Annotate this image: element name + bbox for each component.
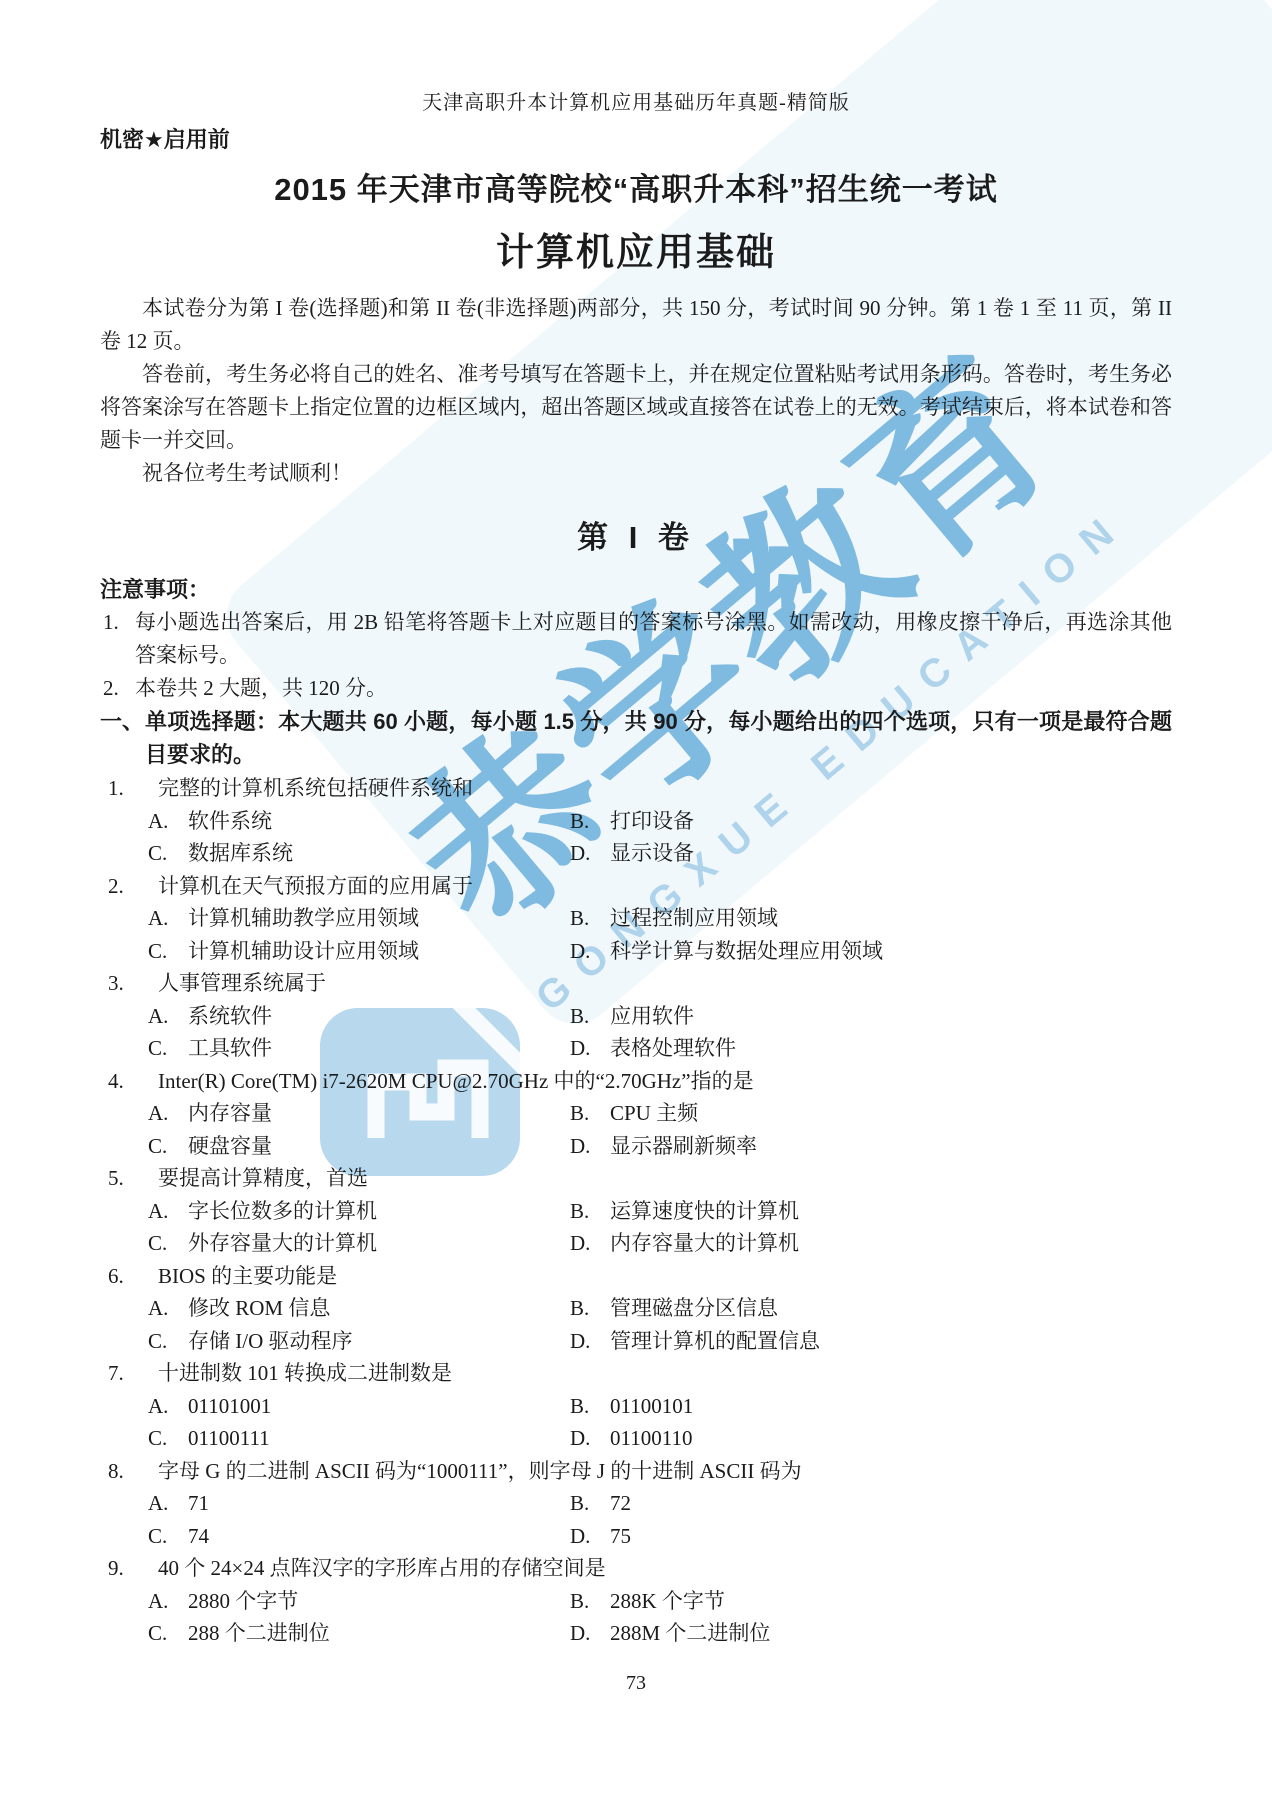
- option-text: 288 个二进制位: [188, 1617, 330, 1650]
- option-d: D.75: [570, 1520, 1172, 1553]
- notice-item: 2. 本卷共 2 大题，共 120 分。: [100, 672, 1172, 705]
- option-text: 数据库系统: [188, 837, 293, 870]
- option-text: 2880 个字节: [188, 1585, 298, 1618]
- notice-text: 本卷共 2 大题，共 120 分。: [135, 672, 1172, 705]
- option-text: 字长位数多的计算机: [188, 1195, 377, 1228]
- option-a: A.71: [148, 1487, 570, 1520]
- intro-wish-line: 祝各位考生考试顺利！: [100, 457, 1172, 490]
- option-b: B.288K 个字节: [570, 1585, 1172, 1618]
- option-label: B.: [570, 902, 610, 935]
- option-text: 表格处理软件: [610, 1032, 736, 1065]
- option-text: 01101001: [188, 1390, 271, 1423]
- option-text: 显示设备: [610, 837, 694, 870]
- questions: 1. 完整的计算机系统包括硬件系统和 A.软件系统 B.打印设备 C.数据库系统…: [100, 772, 1172, 1650]
- option-text: 74: [188, 1520, 209, 1553]
- question-stem: 计算机在天气预报方面的应用属于: [158, 870, 1172, 903]
- exam-intro: 本试卷分为第 I 卷(选择题)和第 II 卷(非选择题)两部分，共 150 分，…: [100, 292, 1172, 490]
- option-d: D.01100110: [570, 1422, 1172, 1455]
- option-text: 应用软件: [610, 1000, 694, 1033]
- option-label: B.: [570, 1000, 610, 1033]
- question-options: A.修改 ROM 信息 B.管理磁盘分区信息 C.存储 I/O 驱动程序 D.管…: [148, 1292, 1172, 1357]
- option-text: 管理磁盘分区信息: [610, 1292, 778, 1325]
- question-item: 9. 40 个 24×24 点阵汉字的字形库占用的存储空间是 A.2880 个字…: [100, 1552, 1172, 1650]
- question-stem: 40 个 24×24 点阵汉字的字形库占用的存储空间是: [158, 1552, 1172, 1585]
- option-text: 外存容量大的计算机: [188, 1227, 377, 1260]
- option-text: 71: [188, 1487, 209, 1520]
- option-b: B.01100101: [570, 1390, 1172, 1423]
- question-stem-row: 3. 人事管理系统属于: [100, 967, 1172, 1000]
- option-label: A.: [148, 805, 188, 838]
- question-number: 7.: [100, 1357, 158, 1390]
- option-text: 存储 I/O 驱动程序: [188, 1325, 353, 1358]
- option-b: B.运算速度快的计算机: [570, 1195, 1172, 1228]
- question-item: 1. 完整的计算机系统包括硬件系统和 A.软件系统 B.打印设备 C.数据库系统…: [100, 772, 1172, 870]
- option-label: A.: [148, 1292, 188, 1325]
- option-label: D.: [570, 1325, 610, 1358]
- option-text: 75: [610, 1520, 631, 1553]
- option-label: A.: [148, 1097, 188, 1130]
- part-one-title: 第 I 卷: [100, 512, 1172, 557]
- option-label: A.: [148, 1390, 188, 1423]
- question-number: 3.: [100, 967, 158, 1000]
- option-label: D.: [570, 1422, 610, 1455]
- question-stem: 要提高计算精度，首选: [158, 1162, 1172, 1195]
- option-c: C.74: [148, 1520, 570, 1553]
- option-label: B.: [570, 1487, 610, 1520]
- question-stem-row: 4. Inter(R) Core(TM) i7-2620M CPU@2.70GH…: [100, 1065, 1172, 1098]
- question-number: 9.: [100, 1552, 158, 1585]
- question-number: 4.: [100, 1065, 158, 1098]
- option-a: A.字长位数多的计算机: [148, 1195, 570, 1228]
- option-label: D.: [570, 1520, 610, 1553]
- question-stem: 十进制数 101 转换成二进制数是: [158, 1357, 1172, 1390]
- exam-page: 恭学教育 GONGXUE EDUCATION 天津高职升本计算机应用基础历年真题…: [0, 0, 1272, 1800]
- option-label: D.: [570, 837, 610, 870]
- option-label: C.: [148, 1227, 188, 1260]
- option-label: C.: [148, 1032, 188, 1065]
- question-number: 5.: [100, 1162, 158, 1195]
- question-options: A.内存容量 B.CPU 主频 C.硬盘容量 D.显示器刷新频率: [148, 1097, 1172, 1162]
- notice-item: 1. 每小题选出答案后，用 2B 铅笔将答题卡上对应题目的答案标号涂黑。如需改动…: [100, 606, 1172, 672]
- option-text: 01100111: [188, 1422, 270, 1455]
- question-stem-row: 5. 要提高计算精度，首选: [100, 1162, 1172, 1195]
- secrecy-label: 机密★启用前: [100, 123, 1172, 154]
- option-text: 管理计算机的配置信息: [610, 1325, 820, 1358]
- section-number: 一、: [100, 705, 145, 771]
- section-heading-text: 单项选择题：本大题共 60 小题，每小题 1.5 分，共 90 分，每小题给出的…: [145, 705, 1172, 771]
- option-text: 科学计算与数据处理应用领域: [610, 935, 883, 968]
- question-stem-row: 6. BIOS 的主要功能是: [100, 1260, 1172, 1293]
- option-d: D.288M 个二进制位: [570, 1617, 1172, 1650]
- question-item: 2. 计算机在天气预报方面的应用属于 A.计算机辅助教学应用领域 B.过程控制应…: [100, 870, 1172, 968]
- question-stem: Inter(R) Core(TM) i7-2620M CPU@2.70GHz 中…: [158, 1065, 1172, 1098]
- option-c: C.01100111: [148, 1422, 570, 1455]
- question-item: 3. 人事管理系统属于 A.系统软件 B.应用软件 C.工具软件 D.表格处理软…: [100, 967, 1172, 1065]
- option-text: 288M 个二进制位: [610, 1617, 770, 1650]
- option-d: D.显示器刷新频率: [570, 1130, 1172, 1163]
- option-text: 过程控制应用领域: [610, 902, 778, 935]
- question-number: 8.: [100, 1455, 158, 1488]
- option-label: A.: [148, 1000, 188, 1033]
- question-stem-row: 7. 十进制数 101 转换成二进制数是: [100, 1357, 1172, 1390]
- question-stem-row: 8. 字母 G 的二进制 ASCII 码为“1000111”，则字母 J 的十进…: [100, 1455, 1172, 1488]
- option-a: A.计算机辅助教学应用领域: [148, 902, 570, 935]
- option-a: A.内存容量: [148, 1097, 570, 1130]
- option-label: C.: [148, 935, 188, 968]
- option-d: D.显示设备: [570, 837, 1172, 870]
- option-label: C.: [148, 1617, 188, 1650]
- question-stem: 完整的计算机系统包括硬件系统和: [158, 772, 1172, 805]
- option-c: C.硬盘容量: [148, 1130, 570, 1163]
- option-label: D.: [570, 1032, 610, 1065]
- option-text: 72: [610, 1487, 631, 1520]
- option-text: 工具软件: [188, 1032, 272, 1065]
- option-text: 01100110: [610, 1422, 692, 1455]
- option-a: A.软件系统: [148, 805, 570, 838]
- question-stem: 人事管理系统属于: [158, 967, 1172, 1000]
- option-d: D.表格处理软件: [570, 1032, 1172, 1065]
- option-c: C.外存容量大的计算机: [148, 1227, 570, 1260]
- notice-text: 每小题选出答案后，用 2B 铅笔将答题卡上对应题目的答案标号涂黑。如需改动，用橡…: [135, 606, 1172, 672]
- question-number: 6.: [100, 1260, 158, 1293]
- option-label: A.: [148, 1195, 188, 1228]
- option-label: D.: [570, 935, 610, 968]
- option-d: D.科学计算与数据处理应用领域: [570, 935, 1172, 968]
- option-label: B.: [570, 1390, 610, 1423]
- exam-title: 2015 年天津市高等院校“高职升本科”招生统一考试: [100, 164, 1172, 209]
- question-stem-row: 2. 计算机在天气预报方面的应用属于: [100, 870, 1172, 903]
- option-c: C.数据库系统: [148, 837, 570, 870]
- option-a: A.修改 ROM 信息: [148, 1292, 570, 1325]
- option-text: 内存容量大的计算机: [610, 1227, 799, 1260]
- option-label: B.: [570, 1097, 610, 1130]
- option-label: A.: [148, 902, 188, 935]
- option-text: 内存容量: [188, 1097, 272, 1130]
- option-text: 计算机辅助设计应用领域: [188, 935, 419, 968]
- option-label: A.: [148, 1585, 188, 1618]
- question-item: 6. BIOS 的主要功能是 A.修改 ROM 信息 B.管理磁盘分区信息 C.…: [100, 1260, 1172, 1358]
- question-options: A.系统软件 B.应用软件 C.工具软件 D.表格处理软件: [148, 1000, 1172, 1065]
- question-options: A.01101001 B.01100101 C.01100111 D.01100…: [148, 1390, 1172, 1455]
- option-d: D.管理计算机的配置信息: [570, 1325, 1172, 1358]
- option-text: 运算速度快的计算机: [610, 1195, 799, 1228]
- option-b: B.管理磁盘分区信息: [570, 1292, 1172, 1325]
- notice-number: 1.: [100, 606, 135, 672]
- question-number: 2.: [100, 870, 158, 903]
- option-text: 软件系统: [188, 805, 272, 838]
- question-stem-row: 9. 40 个 24×24 点阵汉字的字形库占用的存储空间是: [100, 1552, 1172, 1585]
- option-c: C.工具软件: [148, 1032, 570, 1065]
- question-stem-row: 1. 完整的计算机系统包括硬件系统和: [100, 772, 1172, 805]
- option-text: 硬盘容量: [188, 1130, 272, 1163]
- section-one-heading: 一、 单项选择题：本大题共 60 小题，每小题 1.5 分，共 90 分，每小题…: [100, 705, 1172, 771]
- page-content: 天津高职升本计算机应用基础历年真题-精简版 机密★启用前 2015 年天津市高等…: [0, 0, 1272, 1650]
- notice-title: 注意事项：: [100, 573, 1172, 606]
- option-label: B.: [570, 1195, 610, 1228]
- option-text: 计算机辅助教学应用领域: [188, 902, 419, 935]
- option-label: A.: [148, 1487, 188, 1520]
- option-text: 288K 个字节: [610, 1585, 725, 1618]
- option-d: D.内存容量大的计算机: [570, 1227, 1172, 1260]
- question-options: A.计算机辅助教学应用领域 B.过程控制应用领域 C.计算机辅助设计应用领域 D…: [148, 902, 1172, 967]
- notice-number: 2.: [100, 672, 135, 705]
- document-header: 天津高职升本计算机应用基础历年真题-精简版: [100, 0, 1172, 115]
- option-a: A.01101001: [148, 1390, 570, 1423]
- option-label: B.: [570, 1292, 610, 1325]
- question-options: A.2880 个字节 B.288K 个字节 C.288 个二进制位 D.288M…: [148, 1585, 1172, 1650]
- option-label: B.: [570, 805, 610, 838]
- option-b: B.应用软件: [570, 1000, 1172, 1033]
- option-label: C.: [148, 1325, 188, 1358]
- option-text: 显示器刷新频率: [610, 1130, 757, 1163]
- option-text: 打印设备: [610, 805, 694, 838]
- option-label: B.: [570, 1585, 610, 1618]
- question-item: 7. 十进制数 101 转换成二进制数是 A.01101001 B.011001…: [100, 1357, 1172, 1455]
- intro-paragraph: 本试卷分为第 I 卷(选择题)和第 II 卷(非选择题)两部分，共 150 分，…: [100, 292, 1172, 358]
- option-c: C.288 个二进制位: [148, 1617, 570, 1650]
- option-a: A.2880 个字节: [148, 1585, 570, 1618]
- option-c: C.存储 I/O 驱动程序: [148, 1325, 570, 1358]
- option-text: CPU 主频: [610, 1097, 698, 1130]
- option-b: B.CPU 主频: [570, 1097, 1172, 1130]
- option-c: C.计算机辅助设计应用领域: [148, 935, 570, 968]
- option-label: C.: [148, 1422, 188, 1455]
- option-text: 系统软件: [188, 1000, 272, 1033]
- exam-subject-title: 计算机应用基础: [100, 221, 1172, 276]
- question-stem: 字母 G 的二进制 ASCII 码为“1000111”，则字母 J 的十进制 A…: [158, 1455, 1172, 1488]
- option-label: D.: [570, 1227, 610, 1260]
- question-item: 4. Inter(R) Core(TM) i7-2620M CPU@2.70GH…: [100, 1065, 1172, 1163]
- page-number: 73: [0, 1672, 1272, 1695]
- intro-paragraph: 答卷前，考生务必将自己的姓名、准考号填写在答题卡上，并在规定位置粘贴考试用条形码…: [100, 358, 1172, 457]
- option-a: A.系统软件: [148, 1000, 570, 1033]
- question-options: A.软件系统 B.打印设备 C.数据库系统 D.显示设备: [148, 805, 1172, 870]
- question-options: A.字长位数多的计算机 B.运算速度快的计算机 C.外存容量大的计算机 D.内存…: [148, 1195, 1172, 1260]
- option-b: B.打印设备: [570, 805, 1172, 838]
- option-text: 修改 ROM 信息: [188, 1292, 330, 1325]
- option-label: D.: [570, 1617, 610, 1650]
- option-label: C.: [148, 1130, 188, 1163]
- option-label: C.: [148, 1520, 188, 1553]
- question-item: 5. 要提高计算精度，首选 A.字长位数多的计算机 B.运算速度快的计算机 C.…: [100, 1162, 1172, 1260]
- question-item: 8. 字母 G 的二进制 ASCII 码为“1000111”，则字母 J 的十进…: [100, 1455, 1172, 1553]
- question-stem: BIOS 的主要功能是: [158, 1260, 1172, 1293]
- option-label: C.: [148, 837, 188, 870]
- option-b: B.72: [570, 1487, 1172, 1520]
- question-options: A.71 B.72 C.74 D.75: [148, 1487, 1172, 1552]
- option-b: B.过程控制应用领域: [570, 902, 1172, 935]
- option-label: D.: [570, 1130, 610, 1163]
- option-text: 01100101: [610, 1390, 693, 1423]
- question-number: 1.: [100, 772, 158, 805]
